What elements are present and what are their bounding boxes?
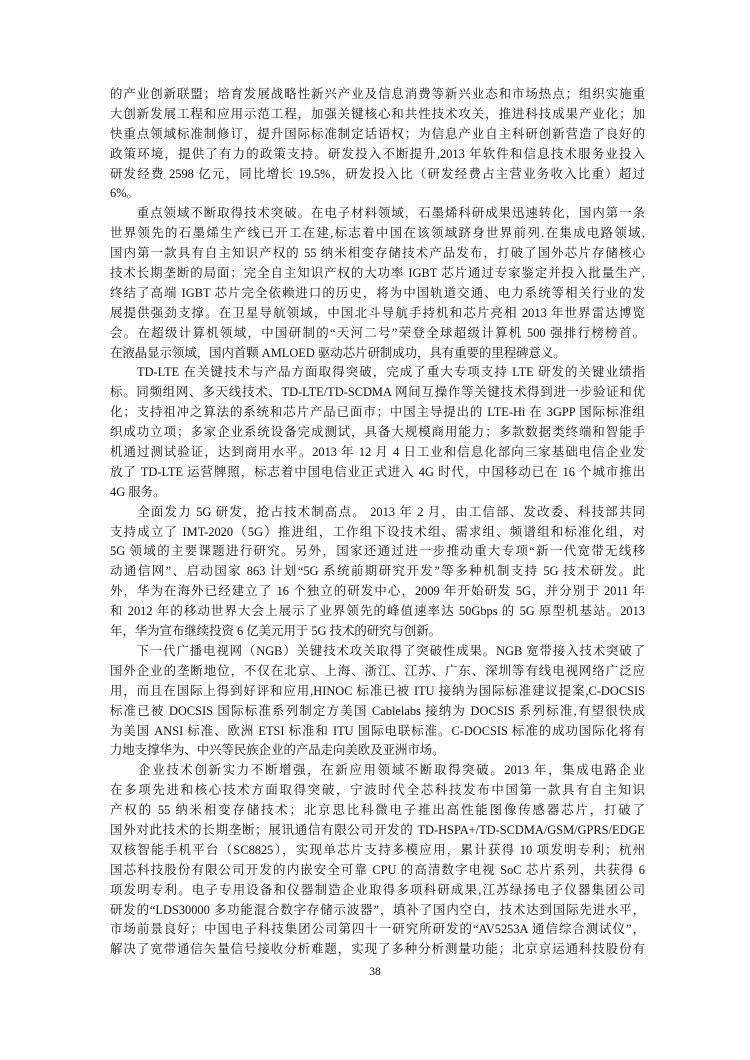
paragraph: TD-LTE 在关键技术与产品方面取得突破，完成了重大专项支持 LTE 研发的关… bbox=[110, 363, 645, 502]
text-line: 动通信网”、启动国家 863 计划“5G 系统前期研究开发”等多种机制支持 5G… bbox=[110, 562, 645, 582]
text-line: 国外对此技术的长期垄断；展讯通信有限公司开发的 TD-HSPA+/TD-SCDM… bbox=[110, 821, 645, 841]
paragraph: 下一代广播电视网（NGB）关键技术攻关取得了突破性成果。NGB 宽带接入技术突破… bbox=[110, 642, 645, 761]
text-line: 研发经费 2598 亿元，同比增长 19.5%，研发投入比（研发经费占主营业务收… bbox=[110, 165, 645, 185]
text-line: 5G 领域的主要课题进行研究。另外，国家还通过进一步推动重大专项“新一代宽带无线… bbox=[110, 542, 645, 562]
text-line: 外，华为在海外已经建立了 16 个独立的研发中心，2009 年开始研发 5G，并… bbox=[110, 582, 645, 602]
text-line: 研发的“LDS30000 多功能混合数字存储示波器”，填补了国内空白，技术达到国… bbox=[110, 901, 645, 921]
text-line: TD-LTE 在关键技术与产品方面取得突破，完成了重大专项支持 LTE 研发的关… bbox=[110, 363, 645, 383]
text-line: 快重点领域标准制修订，提升国际标准制定话语权；为信息产业自主科研创新营造了良好的 bbox=[110, 125, 645, 145]
text-line: 重点领域不断取得技术突破。在电子材料领域，石墨烯科研成果迅速转化，国内第一条 bbox=[110, 204, 645, 224]
paragraph: 全面发力 5G 研发，抢占技术制高点。 2013 年 2 月，由工信部、发改委、… bbox=[110, 503, 645, 642]
text-line: 下一代广播电视网（NGB）关键技术攻关取得了突破性成果。NGB 宽带接入技术突破… bbox=[110, 642, 645, 662]
text-line: 世界领先的石墨烯生产线已开工在建,标志着中国在该领域跻身世界前列.在集成电路领域… bbox=[110, 224, 645, 244]
text-line: 国芯科技股份有限公司开发的内嵌安全可靠 CPU 的高清数字电视 SoC 芯片系列… bbox=[110, 861, 645, 881]
text-line: 和 2012 年的移动世界大会上展示了业界领先的峰值速率达 50Gbps 的 5… bbox=[110, 602, 645, 622]
text-line: 在液晶显示领域，国内首颗 AMLOED 驱动芯片研制成功，具有重要的里程碑意义。 bbox=[110, 344, 645, 364]
text-line: 年，华为宣布继续投资 6 亿美元用于 5G 技术的研究与创新。 bbox=[110, 622, 645, 642]
text-line: 企业技术创新实力不断增强，在新应用领域不断取得突破。2013 年，集成电路企业 bbox=[110, 761, 645, 781]
text-block: 的产业创新联盟；培育发展战略性新兴产业及信息消费等新兴业态和市场热点；组织实施重… bbox=[110, 85, 645, 960]
paragraph: 重点领域不断取得技术突破。在电子材料领域，石墨烯科研成果迅速转化，国内第一条世界… bbox=[110, 204, 645, 363]
text-line: 解决了宽带通信矢量信号接收分析难题，实现了多种分析测量功能；北京京运通科技股份有 bbox=[110, 940, 645, 960]
text-line: 放了 TD-LTE 运营牌照，标志着中国电信业正式进入 4G 时代，中国移动已在… bbox=[110, 463, 645, 483]
text-line: 的产业创新联盟；培育发展战略性新兴产业及信息消费等新兴业态和市场热点；组织实施重 bbox=[110, 85, 645, 105]
text-line: 在多项先进和核心技术方面取得突破，宁波时代全芯科技发布中国第一款具有自主知识 bbox=[110, 781, 645, 801]
text-line: 技术长期垄断的局面；完全自主知识产权的大功率 IGBT 芯片通过专家鉴定并投入批… bbox=[110, 264, 645, 284]
text-line: 用，而且在国际上得到好评和应用,HINOC 标准已被 ITU 接纳为国际标准建议… bbox=[110, 682, 645, 702]
text-line: 标准已被 DOCSIS 国际标准系列制定方美国 Cablelabs 接纳为 DO… bbox=[110, 702, 645, 722]
text-line: 4G 服务。 bbox=[110, 483, 645, 503]
document-page: 的产业创新联盟；培育发展战略性新兴产业及信息消费等新兴业态和市场热点；组织实施重… bbox=[0, 0, 750, 1060]
text-line: 大创新发展工程和应用示范工程，加强关键核心和共性技术攻关，推进科技成果产业化；加 bbox=[110, 105, 645, 125]
text-line: 国外企业的垄断地位，不仅在北京、上海、浙江、江苏、广东、深圳等有线电视网络广泛应 bbox=[110, 662, 645, 682]
text-line: 产权的 55 纳米相变存储技术；北京思比科微电子推出高性能图像传感器芯片，打破了 bbox=[110, 801, 645, 821]
text-line: 国内第一款具有自主知识产权的 55 纳米相变存储技术产品发布，打破了国外芯片存储… bbox=[110, 244, 645, 264]
text-line: 织成功立项；多家企业系统设备完成测试，具备大规模商用能力；多款数据类终端和智能手 bbox=[110, 423, 645, 443]
text-line: 化；支持祖冲之算法的系统和芯片产品已面市；中国主导提出的 LTE-Hi 在 3G… bbox=[110, 403, 645, 423]
paragraph: 企业技术创新实力不断增强，在新应用领域不断取得突破。2013 年，集成电路企业在… bbox=[110, 761, 645, 960]
text-line: 机通过测试验证，达到商用水平。2013 年 12 月 4 日工业和信息化部向三家… bbox=[110, 443, 645, 463]
text-line: 双核智能手机平台（SC8825），实现单芯片支持多模应用，累计获得 10 项发明… bbox=[110, 841, 645, 861]
text-line: 市场前景良好；中国电子科技集团公司第四十一研究所研发的“AV5253A 通信综合… bbox=[110, 920, 645, 940]
text-line: 支持成立了 IMT-2020（5G）推进组，工作组下设技术组、需求组、频谱组和标… bbox=[110, 523, 645, 543]
text-line: 终结了高端 IGBT 芯片完全依赖进口的历史，将为中国轨道交通、电力系统等相关行… bbox=[110, 284, 645, 304]
paragraph: 的产业创新联盟；培育发展战略性新兴产业及信息消费等新兴业态和市场热点；组织实施重… bbox=[110, 85, 645, 204]
text-line: 政策环境，提供了有力的政策支持。研发投入不断提升,2013 年软件和信息技术服务… bbox=[110, 145, 645, 165]
text-line: 标。同频组网、多天线技术、TD-LTE/TD-SCDMA 网间互操作等关键技术得… bbox=[110, 383, 645, 403]
text-line: 力地支撑华为、中兴等民族企业的产品走向美欧及亚洲市场。 bbox=[110, 741, 645, 761]
text-line: 展提供强劲支撑。在卫星导航领域，中国北斗导航手持机和芯片亮相 2013 年世界雷… bbox=[110, 304, 645, 324]
text-line: 项发明专利。电子专用设备和仪器制造企业取得多项科研成果,江苏绿扬电子仪器集团公司 bbox=[110, 881, 645, 901]
text-line: 为美国 ANSI 标准、欧洲 ETSI 标准和 ITU 国际电联标准。C-DOC… bbox=[110, 722, 645, 742]
text-line: 6%。 bbox=[110, 184, 645, 204]
page-number: 38 bbox=[0, 966, 750, 978]
text-line: 全面发力 5G 研发，抢占技术制高点。 2013 年 2 月，由工信部、发改委、… bbox=[110, 503, 645, 523]
text-line: 会。在超级计算机领域，中国研制的“天河二号”荣登全球超级计算机 500 强排行榜… bbox=[110, 324, 645, 344]
